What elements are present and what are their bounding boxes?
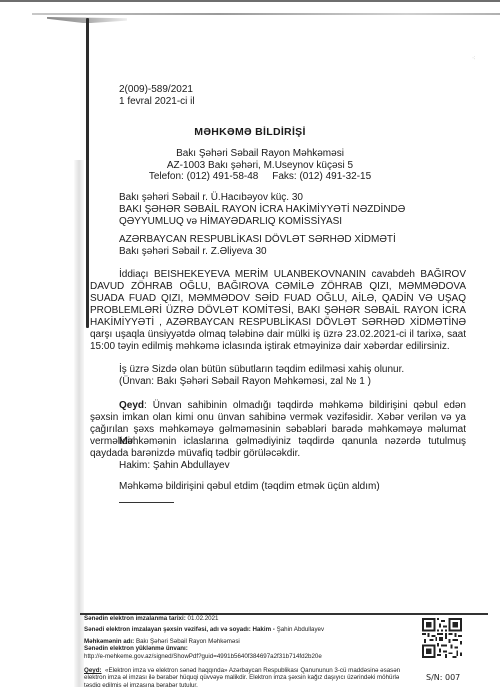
court-name: Bakı Şəhəri Səbail Rayon Məhkəməsi <box>0 148 500 160</box>
footer-note-text: «Elektron imza və elektron sənəd haqqınd… <box>84 667 400 687</box>
recipient-address: Bakı şəhəri Səbail r. Ü.Hacıbəyov küç. 3… <box>119 192 405 204</box>
note-label: Qeyd <box>119 400 144 411</box>
main-paragraph: İddiaçı BEISHEKEYEVA MERİM ULANBEKOVNANI… <box>90 269 466 353</box>
case-number: 2(009)-589/2021 <box>119 84 195 96</box>
signer-row: Sənədi elektron imzalayan şəxsin vəzifəs… <box>84 626 414 633</box>
court-address: AZ-1003 Bakı şəhəri, M.Useynov küçəsi 5 <box>0 160 500 172</box>
footer-court-name: Bakı Şəhəri Səbail Rayon Məhkəməsi <box>136 638 240 645</box>
document-title: MƏHKƏMƏ BİLDİRİŞİ <box>0 126 500 138</box>
recipient-name-line2: QƏYYUMLUQ və HİMAYƏDARLIQ KOMİSSİYASI <box>119 216 405 228</box>
page-top-edge <box>32 13 500 15</box>
reference-block: 2(009)-589/2021 1 fevral 2021-ci il <box>119 84 195 108</box>
recipient-name-line1: BAKI ŞƏHƏR SƏBAİL RAYON İCRA HAKİMİYYƏTİ… <box>119 204 405 216</box>
e-signature-footer: Sənədin elektron imzalanma tarixi: 01.02… <box>84 615 414 687</box>
recipient-name: AZƏRBAYCAN RESPUBLİKASI DÖVLƏT SƏRHƏD Xİ… <box>119 234 396 246</box>
binding-shadow <box>74 160 84 687</box>
recipient-address: Bakı şəhəri Səbail r. Z.Əliyeva 30 <box>119 246 396 258</box>
signer-name: Şahin Abdullayev <box>277 626 324 633</box>
main-paragraph-text: İddiaçı BEISHEKEYEVA MERİM ULANBEKOVNANI… <box>90 269 466 352</box>
court-phone-fax: Telefon: (012) 491-58-48 Faks: (012) 491… <box>0 171 500 183</box>
recipient-guardianship: Bakı şəhəri Səbail r. Ü.Hacıbəyov küç. 3… <box>119 192 405 228</box>
note-paragraph-2: Məhkəmənin iclaslarına gəlmədiyiniz təqd… <box>90 436 466 460</box>
signature-line <box>119 502 174 503</box>
note-text-2: Məhkəmənin iclaslarına gəlmədiyiniz təqd… <box>90 436 466 459</box>
footer-note-label: Qeyd: <box>84 667 102 674</box>
recipient-border-service: AZƏRBAYCAN RESPUBLİKASI DÖVLƏT SƏRHƏD Xİ… <box>119 234 396 258</box>
scan-speck: ⁖ <box>472 55 476 62</box>
evidence-request: İş üzrə Sizdə olan bütün sübutların təqd… <box>119 364 404 376</box>
venue: (Ünvan: Bakı Şəhəri Səbail Rayon Məhkəmə… <box>119 376 371 388</box>
scan-border-top <box>0 0 500 2</box>
upload-url[interactable]: http://e-mehkeme.gov.az/signed/ShowPdf?g… <box>84 653 414 660</box>
footer-note: Qeyd: «Elektron imza və elektron sənəd h… <box>84 667 414 687</box>
upload-label: Sənədin elektron yüklənmə ünvanı: <box>84 645 414 652</box>
document-date: 1 fevral 2021-ci il <box>119 96 195 108</box>
signed-date: 01.02.2021 <box>188 615 219 622</box>
court-row: Məhkəmənin adı: Bakı Şəhəri Səbail Rayon… <box>84 638 414 645</box>
receipt-statement: Məhkəmə bildirişini qəbul etdim (təqdim … <box>119 481 380 493</box>
serial-number: S/N: 007 <box>426 673 460 682</box>
judge-name: Hakim: Şahin Abdullayev <box>119 460 230 472</box>
qr-code-icon <box>422 618 462 658</box>
signed-date-row: Sənədin elektron imzalanma tarixi: 01.02… <box>84 615 414 622</box>
court-header: Bakı Şəhəri Səbail Rayon Məhkəməsi AZ-10… <box>0 148 500 183</box>
